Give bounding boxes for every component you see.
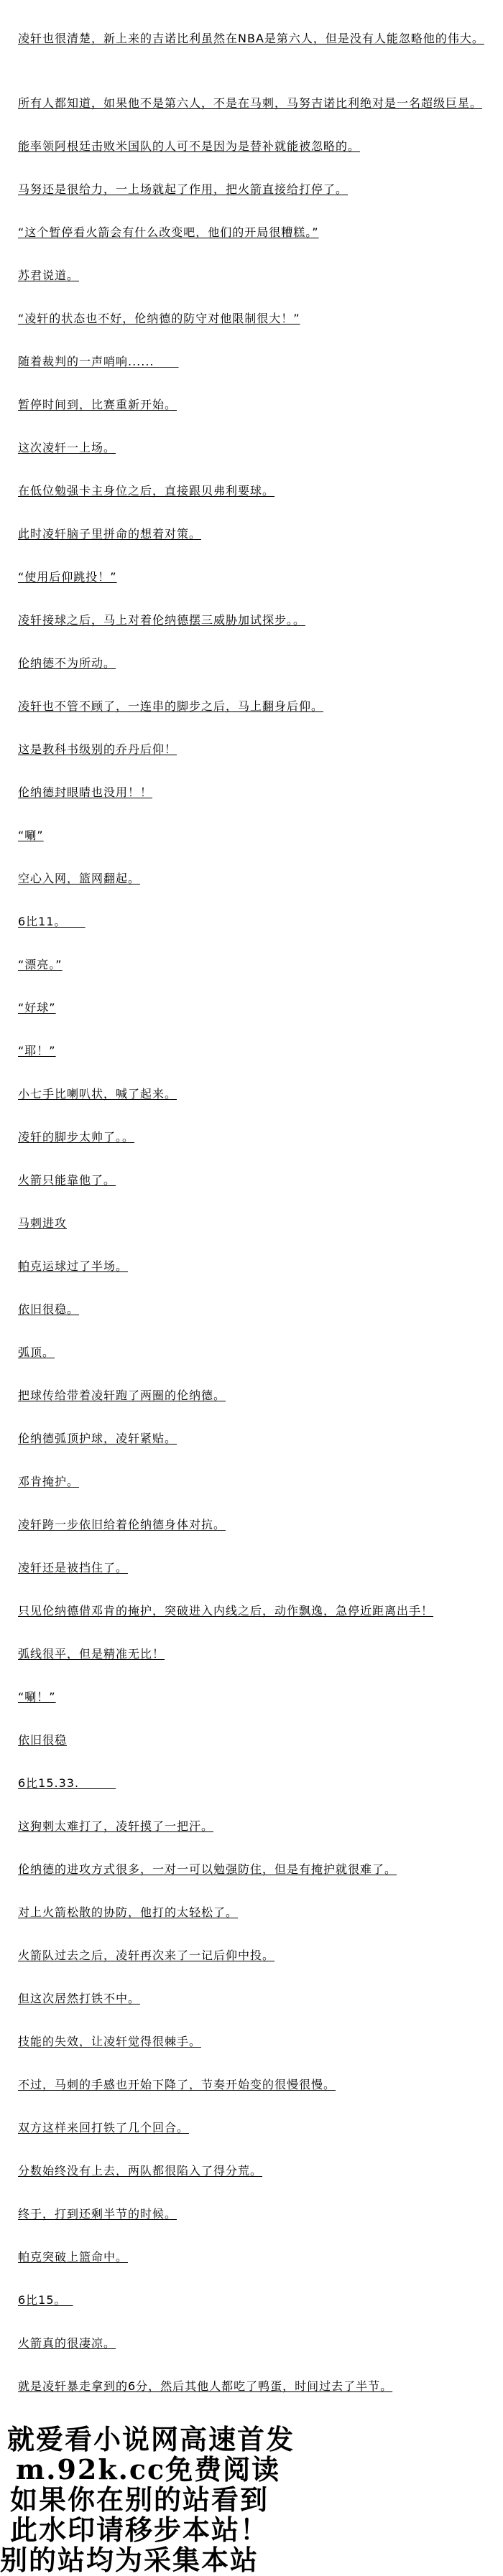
novel-paragraph: 凌轩也很清楚，新上来的吉诺比利虽然在NBA是第六人，但是没有人能忽略他的伟大。: [18, 32, 492, 45]
watermark-line: 如果你在别的站看到: [0, 2485, 503, 2515]
novel-paragraph: 暂停时间到，比赛重新开始。: [18, 398, 492, 411]
novel-paragraph: 把球传给带着凌轩跑了两圈的伦纳德。: [18, 1389, 492, 1401]
novel-paragraph: 6比11。: [18, 915, 492, 928]
novel-paragraph: “唰！”: [18, 1691, 492, 1703]
novel-paragraph: 只见伦纳德借邓肯的掩护，突破进入内线之后，动作飘逸，急停近距离出手！: [18, 1605, 492, 1617]
novel-paragraph: 空心入网，篮网翻起。: [18, 872, 492, 885]
novel-paragraph: 邓肯掩护。: [18, 1475, 492, 1488]
novel-paragraph: 火箭队过去之后，凌轩再次来了一记后仰中投。: [18, 1949, 492, 1961]
novel-paragraph: 伦纳德弧顶护球，凌轩紧贴。: [18, 1432, 492, 1445]
novel-paragraph: 这是教科书级别的乔丹后仰！: [18, 743, 492, 755]
site-watermark: 就爱看小说网高速首发m.92k.cc免费阅读如果你在别的站看到此水印请移步本站！…: [0, 2423, 503, 2575]
novel-paragraph: 依旧很稳。: [18, 1303, 492, 1315]
novel-paragraph: 小七手比喇叭状，喊了起来。: [18, 1088, 492, 1100]
novel-paragraph: 在低位勉强卡主身位之后，直接跟贝弗利要球。: [18, 485, 492, 497]
novel-paragraph: 随着裁判的一声哨响......: [18, 355, 492, 368]
watermark-line: m.92k.cc免费阅读: [0, 2455, 503, 2485]
novel-paragraph: 凌轩接球之后，马上对着伦纳德摆三威胁加试探步。。: [18, 614, 492, 626]
novel-body-text: 凌轩也很清楚，新上来的吉诺比利虽然在NBA是第六人，但是没有人能忽略他的伟大。所…: [0, 0, 503, 2392]
novel-paragraph: “凌轩的状态也不好，伦纳德的防守对他限制很大！”: [18, 312, 492, 325]
novel-paragraph: 伦纳德封眼睛也没用！！: [18, 786, 492, 798]
novel-paragraph: 弧顶。: [18, 1346, 492, 1358]
novel-paragraph: 6比15.33.: [18, 1777, 492, 1789]
novel-paragraph: 凌轩也不管不顾了，一连串的脚步之后，马上翻身后仰。: [18, 700, 492, 712]
novel-paragraph: 不过，马刺的手感也开始下降了，节奏开始变的很慢很慢。: [18, 2078, 492, 2091]
novel-paragraph: 此时凌轩脑子里拼命的想着对策。: [18, 528, 492, 540]
novel-paragraph: 就是凌轩暴走拿到的6分，然后其他人都吃了鸭蛋，时间过去了半节。: [18, 2380, 492, 2392]
novel-paragraph: 终于，打到还剩半节的时候。: [18, 2208, 492, 2220]
novel-paragraph: 弧线很平，但是精准无比！: [18, 1648, 492, 1660]
novel-paragraph: 但这次居然打铁不中。: [18, 1992, 492, 2005]
novel-paragraph: “耶！”: [18, 1045, 492, 1057]
novel-reader-page: 凌轩也很清楚，新上来的吉诺比利虽然在NBA是第六人，但是没有人能忽略他的伟大。所…: [0, 0, 503, 2576]
novel-paragraph: 这次凌轩一上场。: [18, 442, 492, 454]
novel-paragraph: “使用后仰跳投！”: [18, 571, 492, 583]
novel-paragraph: 双方这样来回打铁了几个回合。: [18, 2122, 492, 2134]
novel-paragraph: “漂亮。”: [18, 958, 492, 971]
novel-paragraph: 能率领阿根廷击败米国队的人可不是因为是替补就能被忽略的。: [18, 140, 492, 152]
novel-paragraph: 伦纳德不为所动。: [18, 657, 492, 669]
novel-paragraph: 这狗刺太难打了，凌轩摸了一把汗。: [18, 1820, 492, 1832]
novel-paragraph: 苏君说道。: [18, 269, 492, 281]
novel-paragraph: “好球”: [18, 1002, 492, 1014]
novel-paragraph: 帕克运球过了半场。: [18, 1260, 492, 1272]
watermark-line: 此水印请移步本站！: [0, 2515, 503, 2545]
watermark-line: 别的站均为采集本站: [0, 2545, 503, 2575]
novel-paragraph: 所有人都知道，如果他不是第六人，不是在马刺，马努吉诺比利绝对是一名超级巨星。: [18, 97, 492, 109]
novel-paragraph: “唰”: [18, 829, 492, 841]
novel-paragraph: 分数始终没有上去，两队都很陷入了得分荒。: [18, 2165, 492, 2177]
novel-paragraph: 对上火箭松散的协防，他打的太轻松了。: [18, 1906, 492, 1918]
novel-paragraph: 凌轩还是被挡住了。: [18, 1562, 492, 1574]
novel-paragraph: 技能的失效，让凌轩觉得很棘手。: [18, 2035, 492, 2048]
novel-paragraph: “这个暂停看火箭会有什么改变吧，他们的开局很糟糕。”: [18, 226, 492, 238]
novel-paragraph: 凌轩的脚步太帅了。。: [18, 1131, 492, 1143]
novel-paragraph: 帕克突破上篮命中。: [18, 2251, 492, 2263]
novel-paragraph: 火箭真的很凄凉。: [18, 2337, 492, 2349]
novel-paragraph: 马努还是很给力，一上场就起了作用，把火箭直接给打停了。: [18, 183, 492, 195]
watermark-line: 就爱看小说网高速首发: [0, 2425, 503, 2455]
novel-paragraph: 马刺进攻: [18, 1217, 492, 1229]
novel-paragraph: 伦纳德的进攻方式很多，一对一可以勉强防住，但是有掩护就很难了。: [18, 1863, 492, 1875]
novel-paragraph: 6比15。: [18, 2294, 492, 2306]
novel-paragraph: 依旧很稳: [18, 1734, 492, 1746]
novel-paragraph: 火箭只能靠他了。: [18, 1174, 492, 1186]
novel-paragraph: 凌轩跨一步依旧给着伦纳德身体对抗。: [18, 1518, 492, 1531]
